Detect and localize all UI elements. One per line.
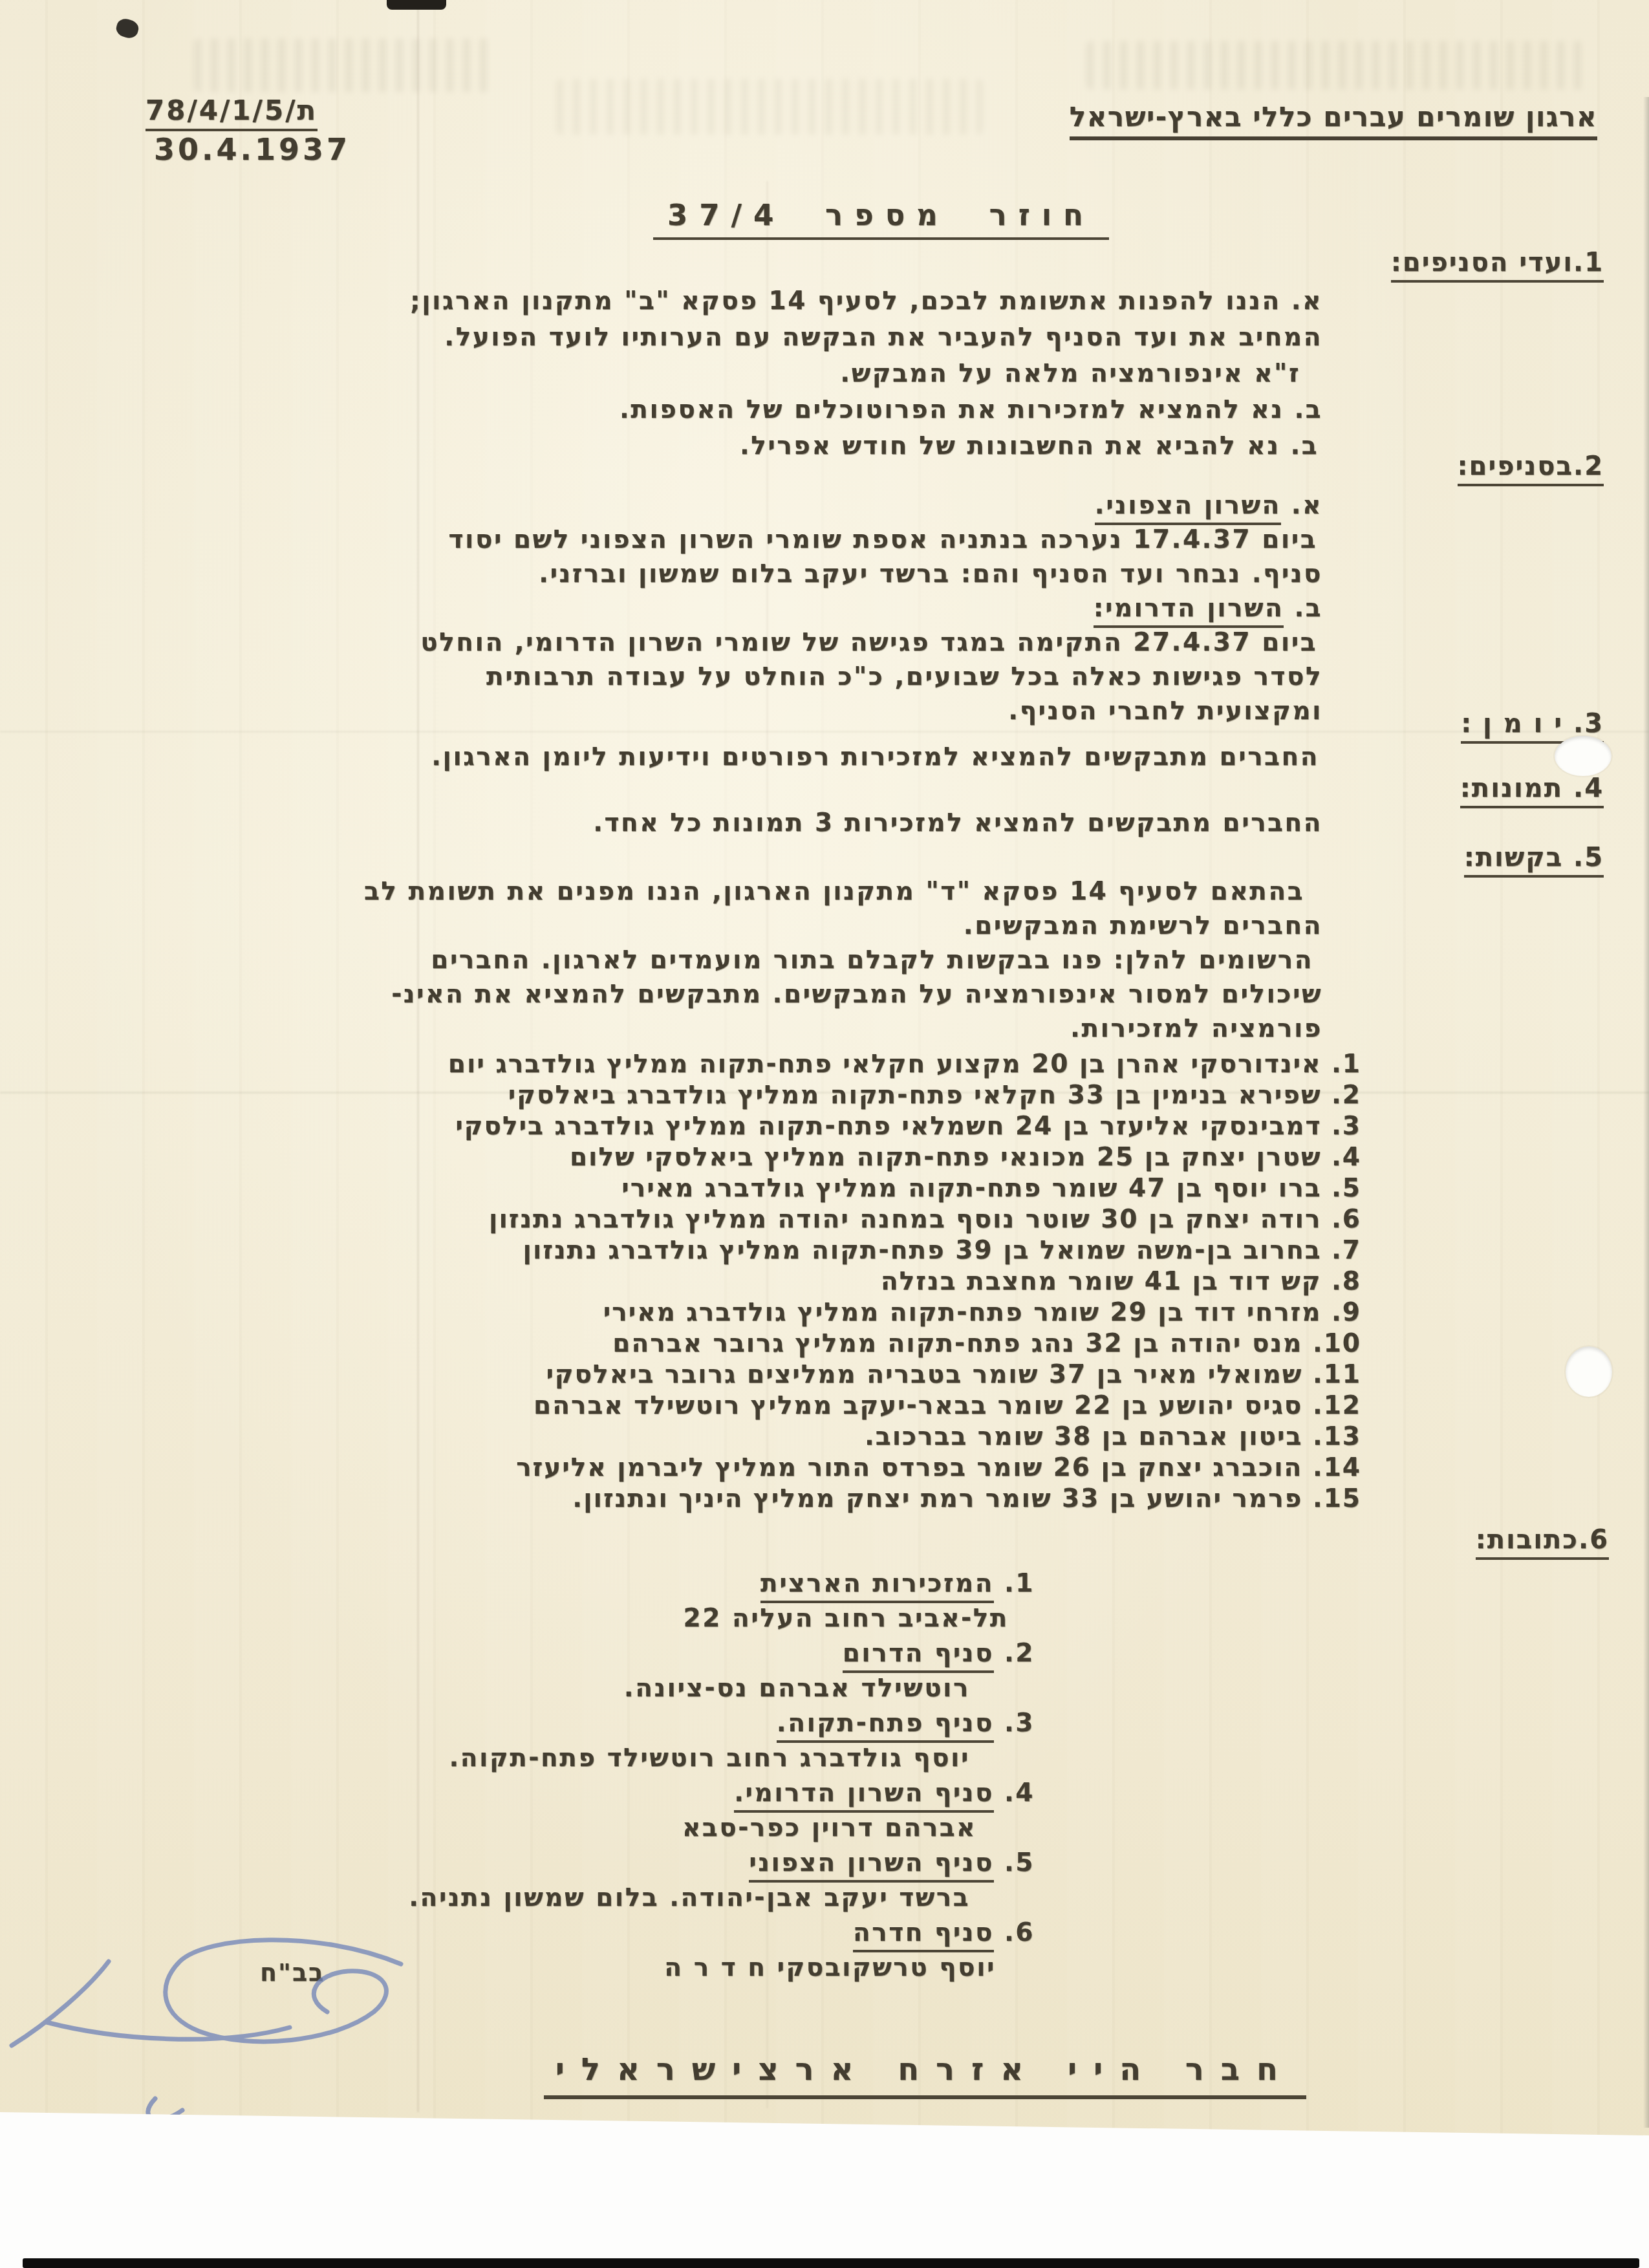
section-6-heading: 6.כתובות: bbox=[1476, 1525, 1609, 1555]
ink-bleed-artifact bbox=[194, 39, 491, 92]
branch-name: סניף חדרה bbox=[853, 1918, 994, 1952]
address-line: אברהם דרוין כפר-סבא bbox=[409, 1811, 976, 1846]
handwritten-signature bbox=[6, 1924, 433, 2150]
entry-number: 5. bbox=[1004, 1848, 1035, 1877]
section-4-heading: 4. תמונות: bbox=[1460, 773, 1604, 803]
subheading-title: השרון הצפוני. bbox=[1095, 491, 1281, 525]
scanner-edge-shadow bbox=[1643, 97, 1649, 2128]
address-line: ברשד יעקב אבן-יהודה. בלום שמשון נתניה. bbox=[409, 1881, 970, 1916]
text-line: החברים לרשימת המבקשים. bbox=[364, 909, 1322, 943]
paper-sheet: 78/4/1/5/ת 30.4.1937 ארגון שומרים עברים … bbox=[0, 0, 1649, 2268]
circular-title: חוזר מספר 37/4 bbox=[653, 198, 1109, 232]
applicant-row: 15. פרמר יהושע בן 33 שומר רמת יצחק ממליץ… bbox=[448, 1484, 1361, 1515]
subheading-letter: ב. bbox=[1294, 594, 1322, 623]
organization-name-text: ארגון שומרים עברים כללי בארץ-ישראל bbox=[1070, 101, 1597, 140]
text-line: ביום 27.4.37 התקימה במגד פגישה של שומרי … bbox=[420, 625, 1317, 660]
ink-bleed-artifact bbox=[556, 79, 983, 135]
address-entry-heading: 6.סניף חדרה bbox=[409, 1916, 1035, 1950]
entry-number: 3. bbox=[1004, 1709, 1035, 1738]
entry-number: 6. bbox=[1004, 1918, 1035, 1947]
applicant-row: 12. סגיס יהושע בן 22 שומר בבאר-יעקב ממלי… bbox=[448, 1390, 1361, 1421]
punch-hole bbox=[1555, 736, 1611, 776]
branch-name: המזכירות הארצית bbox=[760, 1569, 994, 1603]
address-entry-heading: 3.סניף פתח-תקוה. bbox=[409, 1706, 1035, 1741]
date: 30.4.1937 bbox=[154, 132, 350, 167]
branch-subheading: א.השרון הצפוני. bbox=[420, 488, 1322, 523]
organization-name: ארגון שומרים עברים כללי בארץ-ישראל bbox=[1070, 101, 1597, 133]
applicant-row: 13. ביטון אברהם בן 38 שומר בברכוב. bbox=[448, 1421, 1361, 1453]
text-line: ומקצועית לחברי הסניף. bbox=[420, 694, 1322, 728]
section-2-body: א.השרון הצפוני. ביום 17.4.37 נערכה בנתני… bbox=[420, 488, 1322, 728]
subheading-letter: א. bbox=[1291, 491, 1322, 520]
address-entry-heading: 5.סניף השרון הצפוני bbox=[409, 1846, 1035, 1881]
applicant-row: 1. אינדורסקי אהרן בן 20 מקצוע חקלאי פתח-… bbox=[448, 1049, 1361, 1080]
slogan-line: חבר היי אזרח ארצישראלי bbox=[544, 2051, 1306, 2088]
applicant-row: 7. בחרוב בן-משה שמואל בן 39 פתח-תקוה ממל… bbox=[448, 1235, 1361, 1266]
text-line: א. הננו להפנות אתשומת לבכם, לסעיף 14 פסק… bbox=[410, 283, 1322, 319]
section-3-body: החברים מתבקשים להמציא למזכירות רפורטים ו… bbox=[431, 742, 1319, 772]
applicant-row: 2. שפירא בנימין בן 33 חקלאי פתח-תקוה ממל… bbox=[448, 1080, 1361, 1111]
applicant-row: 5. ברו יוסף בן 47 שומר פתח-תקוה ממליץ גו… bbox=[448, 1173, 1361, 1204]
reference-number-text: 78/4/1/5/ת bbox=[145, 94, 318, 131]
applicant-row: 11. שמואלי מאיר בן 37 שומר בטבריה ממליצי… bbox=[448, 1359, 1361, 1390]
applicant-row: 6. רודה יצחק בן 30 שוטר נוסף במחנה יהודה… bbox=[448, 1204, 1361, 1235]
applicant-row: 10. מנס יהודה בן 32 נהג פתח-תקוה ממליץ ג… bbox=[448, 1328, 1361, 1359]
section-3-heading: 3. י ו מ ן : bbox=[1461, 709, 1604, 739]
section-1-heading: 1.ועדי הסניפים: bbox=[1391, 248, 1604, 277]
scanner-bottom-bar bbox=[23, 2258, 1639, 2268]
text-line: ב. נא להמציא למזכירות את הפרוטוכלים של ה… bbox=[410, 392, 1322, 428]
branch-name: סניף השרון הצפוני bbox=[749, 1848, 994, 1883]
text-line: פורמציה למזכירות. bbox=[364, 1011, 1322, 1046]
section-4-heading-text: 4. תמונות: bbox=[1460, 773, 1604, 808]
ink-bleed-artifact bbox=[1086, 41, 1591, 89]
section-2-heading-text: 2.בסניפים: bbox=[1458, 451, 1604, 486]
section-5-heading-text: 5. בקשות: bbox=[1464, 843, 1604, 878]
scanned-document-page: 78/4/1/5/ת 30.4.1937 ארגון שומרים עברים … bbox=[0, 0, 1649, 2268]
circular-title-text: חוזר מספר 37/4 bbox=[653, 198, 1109, 240]
section-5-body: בהתאם לסעיף 14 פסקא "ד" מתקנון הארגון, ה… bbox=[364, 874, 1322, 1046]
section-5-heading: 5. בקשות: bbox=[1464, 843, 1604, 872]
slogan-text: חבר היי אזרח ארצישראלי bbox=[544, 2051, 1306, 2099]
applicant-row: 4. שטרן יצחק בן 25 מכונאי פתח-תקוה ממליץ… bbox=[448, 1142, 1361, 1173]
entry-number: 1. bbox=[1004, 1569, 1035, 1598]
applicant-row: 9. מזרחי דוד בן 29 שומר פתח-תקוה ממליץ ג… bbox=[448, 1297, 1361, 1328]
text-line: לסדר פגישות כאלה בכל שבועים, כ"כ הוחלט ע… bbox=[420, 660, 1322, 694]
address-entry-heading: 2.סניף הדרום bbox=[409, 1636, 1035, 1671]
branch-name: סניף השרון הדרומי. bbox=[734, 1778, 994, 1813]
text-line: ב. נא להביא את החשבונות של חודש אפריל. bbox=[410, 428, 1319, 464]
branch-name: סניף הדרום bbox=[843, 1639, 994, 1673]
text-line: ביום 17.4.37 נערכה בנתניה אספת שומרי השר… bbox=[420, 523, 1317, 557]
subheading-title: השרון הדרומי: bbox=[1094, 594, 1284, 628]
applicants-list: 1. אינדורסקי אהרן בן 20 מקצוע חקלאי פתח-… bbox=[448, 1049, 1361, 1515]
section-2-heading: 2.בסניפים: bbox=[1458, 451, 1604, 481]
applicant-row: 14. הוכברג יצחק בן 26 שומר בפרדס התור ממ… bbox=[448, 1453, 1361, 1484]
address-line: יוסף טרשקובסקי ח ד ר ה bbox=[409, 1950, 996, 1985]
text-line: סניף. נבחר ועד הסניף והם: ברשד יעקב בלום… bbox=[420, 557, 1322, 591]
text-line: שיכולים למסור אינפורמציה על המבקשים. מתב… bbox=[364, 977, 1322, 1011]
fold-crease bbox=[0, 731, 1649, 733]
branch-name: סניף פתח-תקוה. bbox=[777, 1709, 994, 1743]
text-line: בהתאם לסעיף 14 פסקא "ד" מתקנון הארגון, ה… bbox=[364, 874, 1304, 909]
text-line: המחיב את ועד הסניף להעביר את הבקשה עם הע… bbox=[410, 319, 1322, 356]
text-line: הרשומים להלן: פנו בבקשות לקבלם בתור מועמ… bbox=[364, 943, 1313, 977]
text-line: ז"א אינפורמציה מלאה על המבקש. bbox=[410, 356, 1300, 392]
addresses-list: 1.המזכירות הארצית תל-אביב רחוב העליה 22 … bbox=[409, 1566, 1035, 1985]
entry-number: 2. bbox=[1004, 1639, 1035, 1668]
section-1-body: א. הננו להפנות אתשומת לבכם, לסעיף 14 פסק… bbox=[410, 283, 1322, 464]
address-entry-heading: 4.סניף השרון הדרומי. bbox=[409, 1776, 1035, 1811]
branch-subheading: ב.השרון הדרומי: bbox=[420, 591, 1322, 625]
scan-edge-mark bbox=[387, 0, 446, 10]
reference-number: 78/4/1/5/ת bbox=[145, 94, 318, 126]
section-4-body: החברים מתבקשים להמציא למזכירות 3 תמונות … bbox=[593, 808, 1322, 837]
address-line: תל-אביב רחוב העליה 22 bbox=[409, 1601, 1009, 1636]
applicant-row: 3. דמבינסקי אליעזר בן 24 חשמלאי פתח-תקוה… bbox=[448, 1111, 1361, 1142]
section-1-heading-text: 1.ועדי הסניפים: bbox=[1391, 248, 1604, 283]
address-line: רוטשילד אברהם נס-ציונה. bbox=[409, 1671, 970, 1706]
address-line: יוסף גולדברג רחוב רוטשילד פתח-תקוה. bbox=[409, 1741, 970, 1776]
address-entry-heading: 1.המזכירות הארצית bbox=[409, 1566, 1035, 1601]
section-6-heading-text: 6.כתובות: bbox=[1476, 1525, 1609, 1560]
punch-hole bbox=[1566, 1346, 1612, 1397]
entry-number: 4. bbox=[1004, 1778, 1035, 1808]
applicant-row: 8. קש דוד בן 41 שומר מחצבת בנזלה bbox=[448, 1266, 1361, 1297]
